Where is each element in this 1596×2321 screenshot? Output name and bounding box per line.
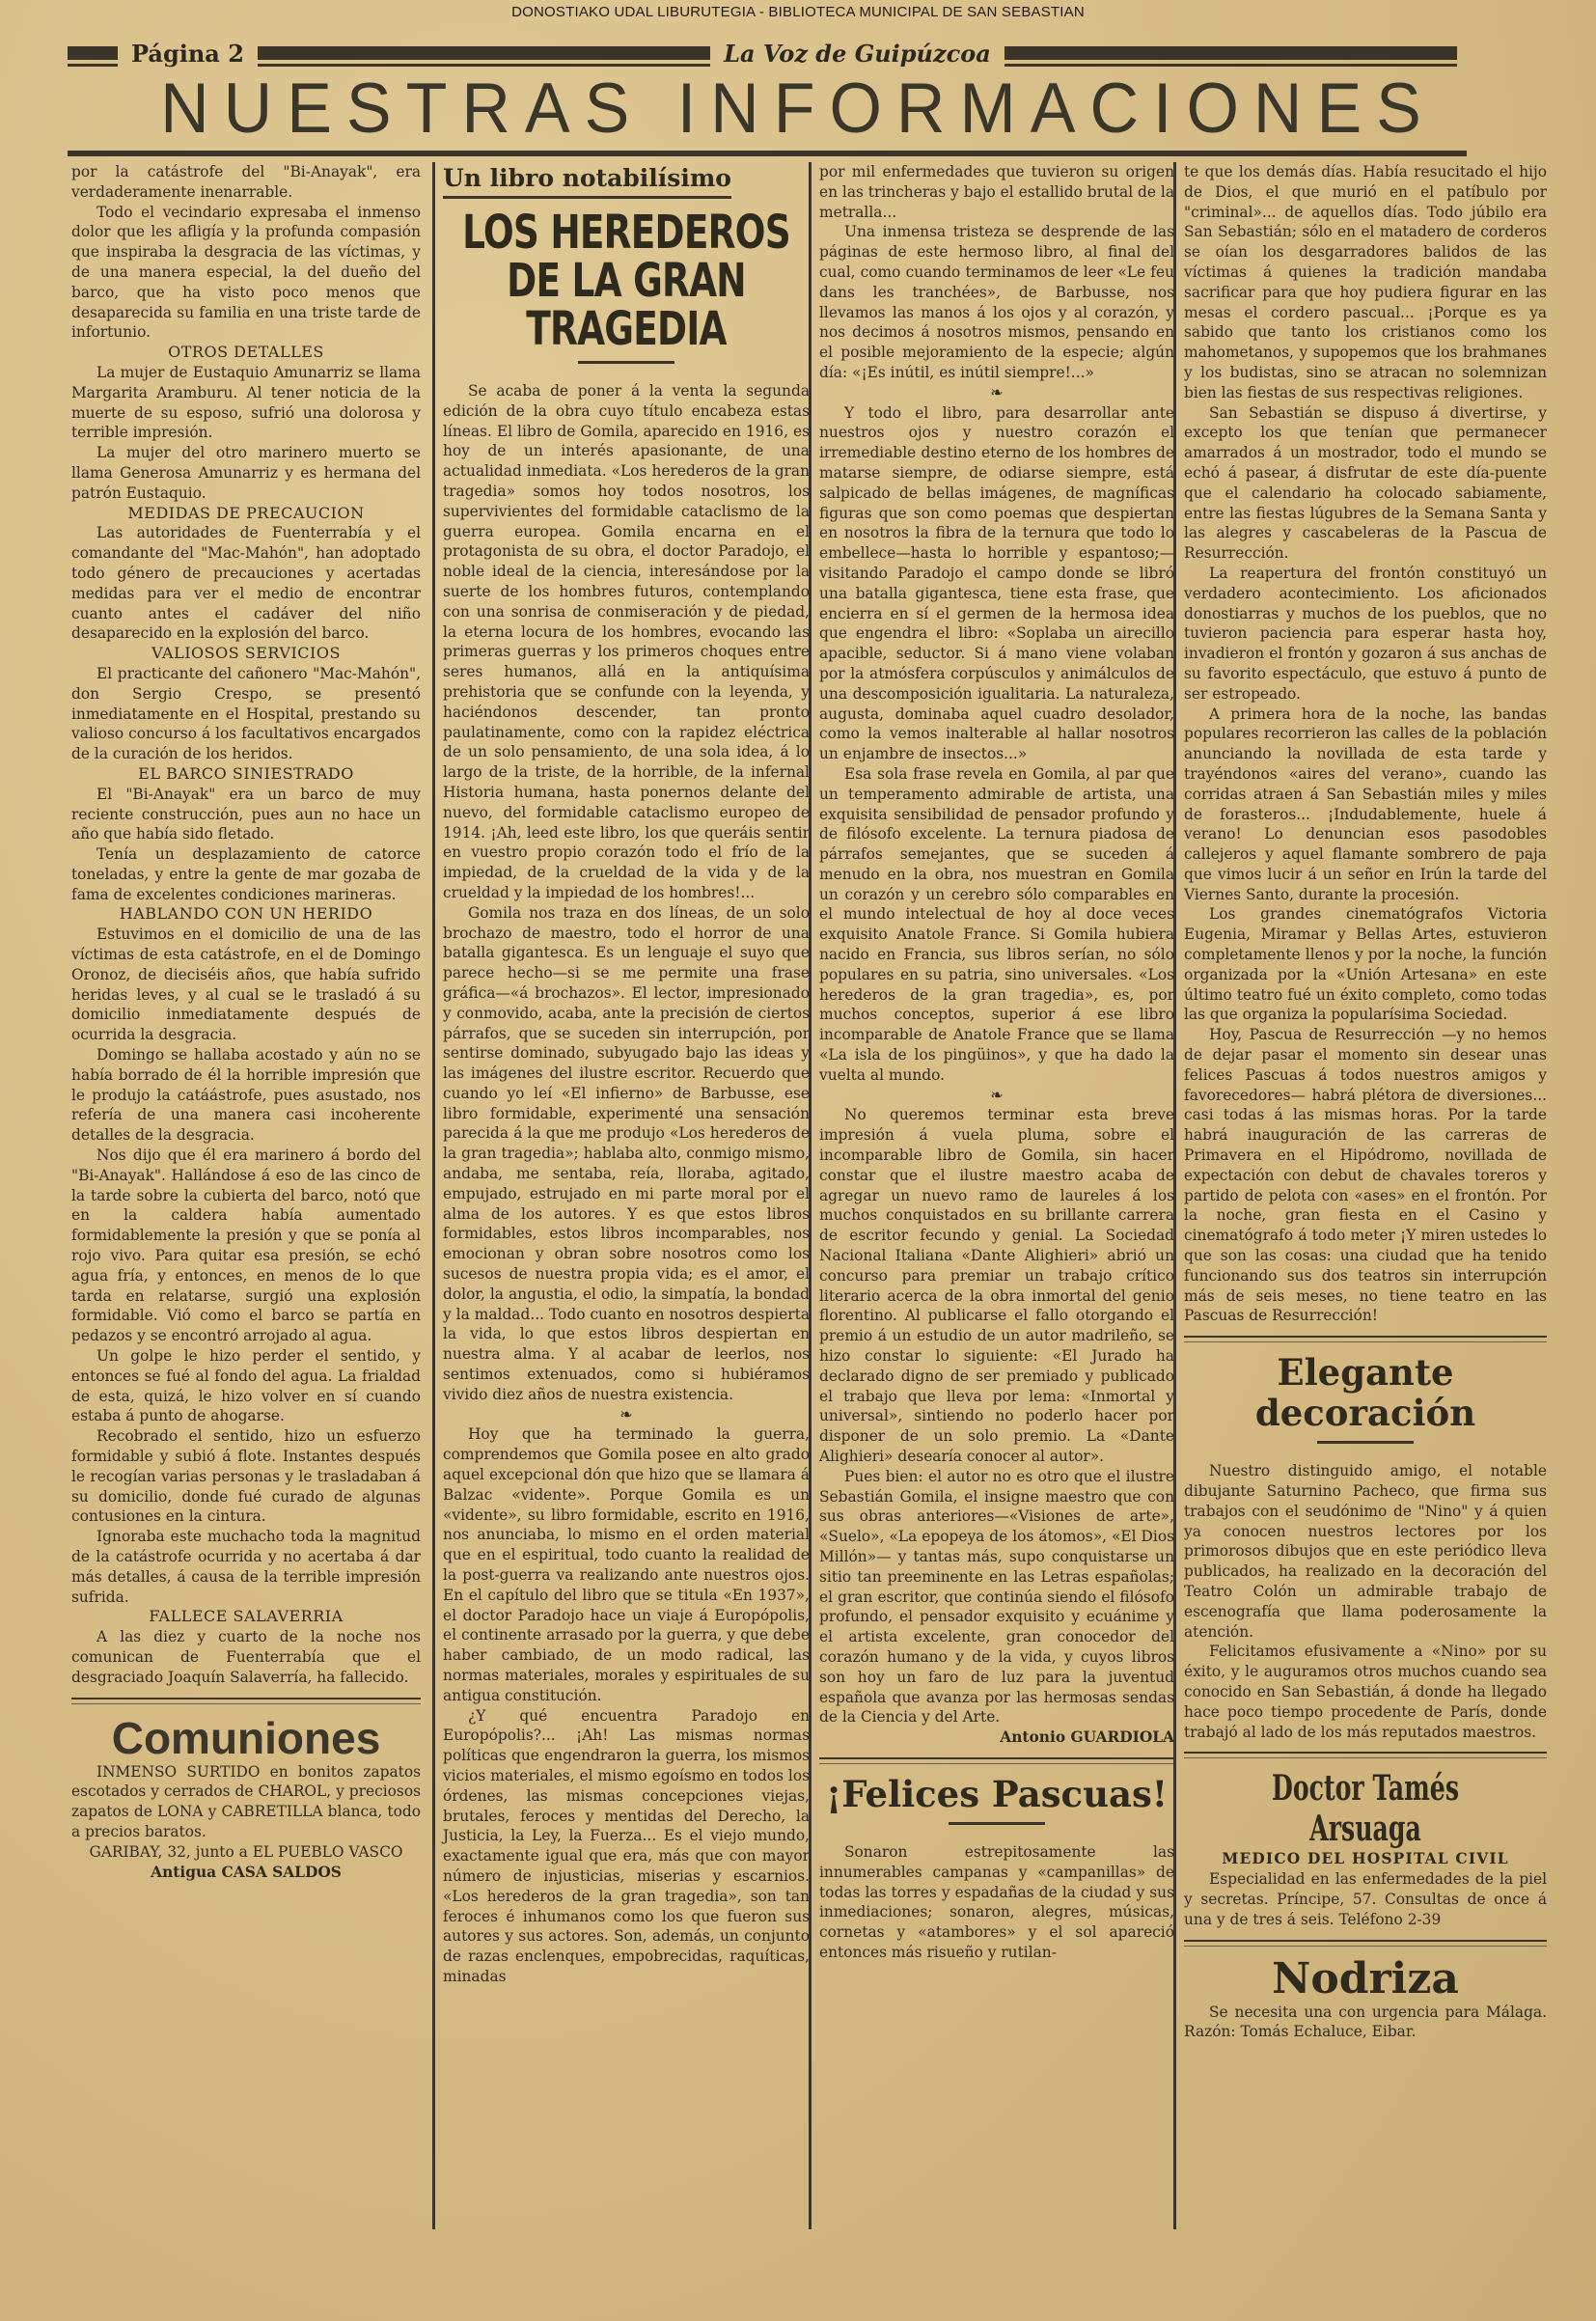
fleuron-icon: ❧	[819, 1086, 1174, 1106]
paragraph: Las autoridades de Fuenterrabía y el com…	[71, 523, 421, 644]
short-rule	[1317, 1441, 1414, 1444]
title-rule	[68, 151, 1467, 156]
subheading: MEDIDAS DE PRECAUCION	[71, 504, 421, 524]
ad-body: Especialidad en las enfermedades de la p…	[1184, 1869, 1547, 1929]
article-title: Elegante decoración	[1184, 1352, 1547, 1433]
paragraph: La mujer de Eustaquio Amunarriz se llama…	[71, 363, 421, 443]
paragraph: Gomila nos traza en dos líneas, de un so…	[443, 903, 810, 1405]
section-title: NUESTRAS INFORMACIONES	[0, 68, 1596, 149]
paragraph: ¿Y qué encuentra Paradojo en Europópolis…	[443, 1706, 810, 1987]
masthead: Página 2 La Voz de Guipúzcoa	[68, 39, 1457, 68]
paragraph: A primera hora de la noche, las bandas p…	[1184, 705, 1547, 905]
fleuron-icon: ❧	[443, 1405, 810, 1425]
ad-title: Comuniones	[71, 1714, 421, 1762]
paragraph: Nos dijo que él era marinero á bordo del…	[71, 1146, 421, 1346]
advertisement-doctor: Doctor Tamés Arsuaga MEDICO DEL HOSPITAL…	[1184, 1768, 1547, 1929]
subheading: FALLECE SALAVERRIA	[71, 1607, 421, 1627]
column-1: por la catástrofe del "Bi-Anayak", era v…	[71, 162, 421, 2229]
paragraph: El "Bi-Anayak" era un barco de muy recie…	[71, 785, 421, 844]
ad-address: GARIBAY, 32, junto a EL PUEBLO VASCO	[71, 1842, 421, 1863]
headline: LOS HEREDEROS DE LA GRAN TRAGEDIA	[454, 208, 800, 353]
subheading: EL BARCO SINIESTRADO	[71, 764, 421, 785]
advertisement-comuniones: Comuniones INMENSO SURTIDO en bonitos za…	[71, 1714, 421, 1883]
ornamental-divider	[1184, 1336, 1547, 1342]
paragraph: Hoy, Pascua de Resurrección —y no hemos …	[1184, 1025, 1547, 1326]
wavy-divider	[71, 1698, 421, 1704]
paragraph: por la catástrofe del "Bi-Anayak", era v…	[71, 162, 421, 203]
paragraph: Todo el vecindario expresaba el inmenso …	[71, 203, 421, 344]
newspaper-name: La Voz de Guipúzcoa	[724, 40, 991, 68]
ad-body: INMENSO SURTIDO en bonitos zapatos escot…	[71, 1762, 421, 1842]
subheading: VALIOSOS SERVICIOS	[71, 644, 421, 664]
column-3: por mil enfermedades que tuvieron su ori…	[809, 162, 1174, 2229]
ad-body: Se necesita una con urgencia para Málaga…	[1184, 2003, 1547, 2043]
paragraph: Una inmensa tristeza se desprende de las…	[819, 222, 1174, 382]
subheading: HABLANDO CON UN HERIDO	[71, 904, 421, 925]
paragraph: No queremos terminar esta breve impresió…	[819, 1105, 1174, 1466]
masthead-rule	[68, 46, 118, 60]
paragraph: San Sebastián se dispuso á divertirse, y…	[1184, 403, 1547, 564]
masthead-rule	[258, 46, 710, 60]
column-2: Un libro notabilísimo LOS HEREDEROS DE L…	[432, 162, 810, 2229]
short-rule	[949, 1822, 1045, 1825]
ad-shop: Antigua CASA SALDOS	[71, 1863, 421, 1883]
masthead-rule	[1004, 46, 1457, 60]
advertisement-nodriza: Nodriza Se necesita una con urgencia par…	[1184, 1956, 1547, 2043]
wavy-divider	[1184, 1752, 1547, 1758]
column-4: te que los demás días. Había resucitado …	[1173, 162, 1547, 2229]
paragraph: Un golpe le hizo perder el sentido, y en…	[71, 1346, 421, 1426]
paragraph: Se acaba de poner á la venta la segunda …	[443, 381, 810, 903]
paragraph: Tenía un desplazamiento de catorce tonel…	[71, 844, 421, 904]
paragraph: Domingo se hallaba acostado y aún no se …	[71, 1045, 421, 1146]
ornamental-divider	[819, 1757, 1174, 1764]
paragraph: Esa sola frase revela en Gomila, al par …	[819, 764, 1174, 1086]
paragraph: Felicitamos efusivamente a «Nino» por su…	[1184, 1642, 1547, 1742]
paragraph: La reapertura del frontón constituyó un …	[1184, 564, 1547, 705]
paragraph: A las diez y cuarto de la noche nos comu…	[71, 1627, 421, 1687]
paragraph: Sonaron estrepitosamente las innumerable…	[819, 1842, 1174, 1963]
library-banner: DONOSTIAKO UDAL LIBURUTEGIA - BIBLIOTECA…	[0, 4, 1596, 20]
paragraph: Pues bien: el autor no es otro que el il…	[819, 1467, 1174, 1727]
ad-title: Doctor Tamés Arsuaga	[1238, 1768, 1492, 1849]
kicker: Un libro notabilísimo	[443, 164, 731, 199]
paragraph: Hoy que ha terminado la guerra, comprend…	[443, 1424, 810, 1705]
paragraph: por mil enfermedades que tuvieron su ori…	[819, 162, 1174, 222]
subheading: OTROS DETALLES	[71, 343, 421, 363]
paragraph: te que los demás días. Había resucitado …	[1184, 162, 1547, 403]
paragraph: Nuestro distinguido amigo, el notable di…	[1184, 1461, 1547, 1642]
article-title: ¡Felices Pascuas!	[819, 1774, 1174, 1814]
page-number: Página 2	[131, 40, 244, 68]
fleuron-icon: ❧	[819, 383, 1174, 403]
author-signature: Antonio GUARDIOLA	[819, 1727, 1174, 1748]
short-rule	[578, 361, 674, 364]
paragraph: La mujer del otro marinero muerto se lla…	[71, 443, 421, 503]
paragraph: Ignoraba este muchacho toda la magnitud …	[71, 1527, 421, 1607]
paragraph: Estuvimos en el domicilio de una de las …	[71, 925, 421, 1045]
paragraph: Y todo el libro, para desarrollar ante n…	[819, 403, 1174, 764]
wavy-divider	[1184, 1940, 1547, 1947]
ad-subtitle: MEDICO DEL HOSPITAL CIVIL	[1184, 1849, 1547, 1869]
paragraph: Recobrado el sentido, hizo un esfuerzo f…	[71, 1426, 421, 1527]
ad-title: Nodriza	[1184, 1956, 1547, 2003]
paragraph: Los grandes cinematógrafos Victoria Euge…	[1184, 904, 1547, 1025]
paragraph: El practicante del cañonero "Mac-Mahón",…	[71, 664, 421, 764]
